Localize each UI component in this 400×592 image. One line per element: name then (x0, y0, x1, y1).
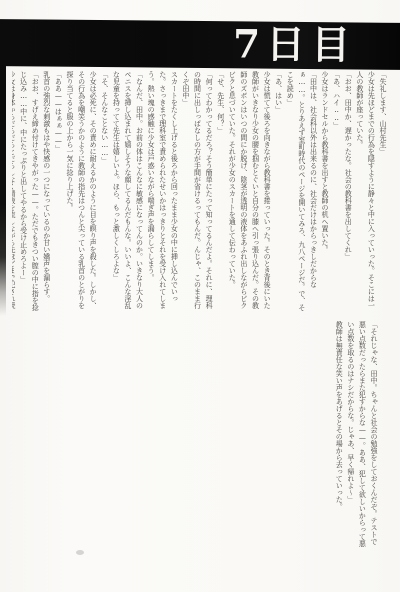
story-paragraph: 「おお、すげえ締め付けてきやがった——。ただでもきつい膣の中に指を捻じ込み……中… (17, 71, 40, 311)
story-text-block-lower: 「それじゃな、田中。ちゃんと社会の勉強をしておくんだぞ。テストで悪い点数だったら… (21, 321, 379, 548)
story-paragraph: 「おお、田中か、遅かったな。社会の教科書を出してくれ」 (342, 71, 354, 311)
story-paragraph: 少女は必死に、その責めに耐えるかのように目を瞑り声を殺した。しかし、その行為を嘲… (63, 71, 98, 311)
story-paragraph: 少女は先ほどまでの行為を隠すように静々と中に入っていった。そこには一人の教師が座… (353, 71, 376, 311)
story-paragraph: 「何ってわかってるだろ？そう簡単にたって知ってるんだよ。それに、理科の時間に出し… (179, 71, 214, 311)
story-paragraph: 「なんだ、田中。お前の体はこんなに敏感になってんのか。いきなり大人のペニスを挿し… (110, 71, 145, 311)
story-paragraph: 「それじゃな、田中。ちゃんと社会の勉強をしておくんだぞ。テストで悪い点数だったら… (344, 321, 379, 548)
story-paragraph: 「田中は、社会科以外は出来るのに、社会だけはからっきしだからなぁ……。とりあえず… (284, 71, 319, 311)
story-paragraph: 少女は身体からだらだらとだらしなく精液を流しながら先ほどまで犯され続けていた椅子… (12, 71, 17, 311)
scan-smudge (76, 550, 84, 555)
story-paragraph: 「そ、そんなことない……」 (98, 71, 110, 311)
story-paragraph: 少女は慌てて後ろを向きながら教科書を捲っていった。そのとき背後にいた教師がいきな… (226, 71, 272, 311)
story-paragraph: 「あ、はい」 (272, 71, 284, 311)
story-paragraph: 「せ、先生、何？」 (214, 71, 226, 311)
scanned-book-page: 7日目 「失礼します、山村先生」 少女は先ほどまでの行為を隠すように静々と中に入… (0, 0, 400, 592)
chapter-banner: 7日目 (0, 19, 400, 70)
story-paragraph: 乳首の強烈な刺激もはや快感の一つになっているのか甘い嬌声を漏らす。 (40, 71, 52, 311)
story-paragraph: 「あ、ハイ‥‥」 (330, 71, 342, 311)
story-paragraph: 「失礼します、山村先生」 (376, 71, 388, 311)
story-paragraph: スカートをたくし上げると後ろから回ったまま少女の中に挿し込んでいった。さっきまで… (145, 71, 180, 311)
story-paragraph: 教師は無責任な笑い声をあげるとその場から去っていった。 (333, 321, 345, 548)
story-text-block-upper: 「失礼します、山村先生」 少女は先ほどまでの行為を隠すように静々と中に入っていっ… (12, 71, 388, 311)
story-paragraph: 「ああ——はぁぁ——」 (52, 71, 64, 311)
story-paragraph: 少女はランドセルから教科書を出すと教師の机へ置いた。 (318, 71, 330, 311)
chapter-title: 7日目 (233, 24, 357, 65)
